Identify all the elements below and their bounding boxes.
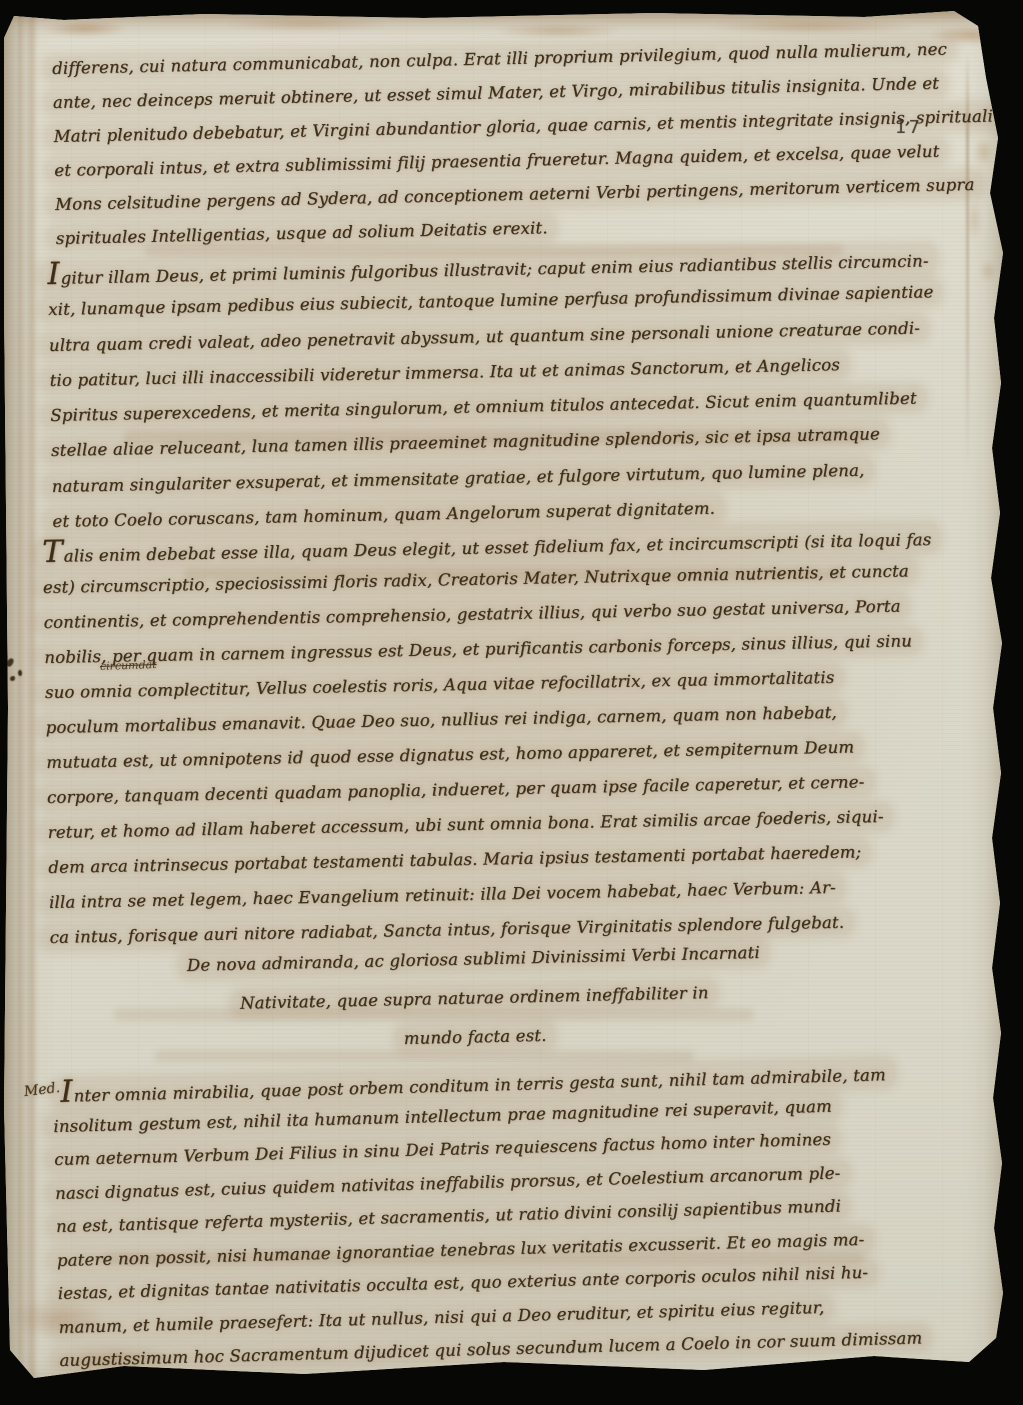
ink-blot bbox=[5, 657, 14, 668]
gutter-fold-crease bbox=[18, 8, 38, 1398]
paragraph-2: Igitur illam Deus, et primi luminis fulg… bbox=[47, 242, 945, 542]
section-heading: De nova admiranda, ac gloriosa sublimi D… bbox=[51, 935, 905, 1071]
interlinear-correction: circumdat bbox=[100, 658, 157, 673]
paragraph-1: differens, cui natura communicabat, non … bbox=[52, 33, 1003, 258]
paragraph-3: Talis enim debebat esse illa, quam Deus … bbox=[42, 521, 946, 958]
paragraph-4: Inter omnia mirabilia, quae post orbem c… bbox=[52, 1055, 930, 1379]
ink-blot bbox=[10, 676, 15, 681]
manuscript-page: 17 differens, cui natura communicabat, n… bbox=[4, 8, 1012, 1398]
